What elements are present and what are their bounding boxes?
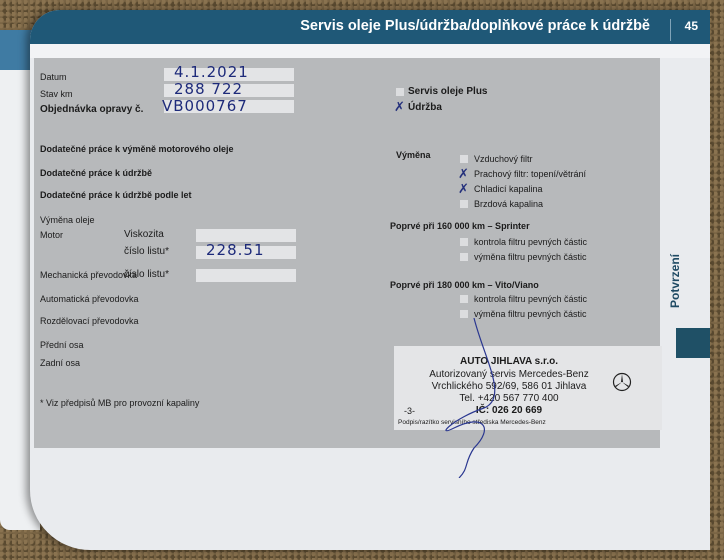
dust-filter-label: Prachový filtr: topení/větrání xyxy=(474,169,586,179)
side-tab-label: Potvrzení xyxy=(668,254,682,308)
vito-heading: Poprvé při 180 000 km – Vito/Viano xyxy=(390,280,539,290)
oil-change-heading: Výměna oleje xyxy=(40,215,95,225)
additional-work-2: Dodatečné práce k údržbě xyxy=(40,168,152,178)
page-number: 45 xyxy=(670,19,698,41)
udrzba-label: Údržba xyxy=(408,102,442,113)
coolant-label: Chladicí kapalina xyxy=(474,184,543,194)
udrzba-check-icon[interactable]: ✗ xyxy=(394,103,405,113)
coolant-check-icon[interactable]: ✗ xyxy=(458,185,469,195)
date-value: 4.1.2021 xyxy=(174,63,249,81)
order-label: Objednávka opravy č. xyxy=(40,104,143,115)
km-label: Stav km xyxy=(40,89,73,99)
order-value: VB000767 xyxy=(162,97,248,115)
viscosity-label: Viskozita xyxy=(124,229,164,240)
side-tab-block xyxy=(676,328,710,358)
additional-work-1: Dodatečné práce k výměně motorového olej… xyxy=(40,144,234,154)
vito-check-label: kontrola filtru pevných částic xyxy=(474,294,587,304)
sprinter-heading: Poprvé při 160 000 km – Sprinter xyxy=(390,221,530,231)
brake-fluid-label: Brzdová kapalina xyxy=(474,199,543,209)
service-book-page: Servis oleje Plus/údržba/doplňkové práce… xyxy=(30,10,710,550)
signature-icon xyxy=(414,318,534,478)
dust-filter-check-icon[interactable]: ✗ xyxy=(458,170,469,180)
servis-oleje-checkbox[interactable] xyxy=(396,88,404,96)
brake-fluid-checkbox[interactable] xyxy=(460,200,468,208)
sprinter-check-label: kontrola filtru pevných částic xyxy=(474,237,587,247)
replacement-heading: Výměna xyxy=(396,150,431,160)
automatic-gearbox-label: Automatická převodovka xyxy=(40,294,139,304)
air-filter-label: Vzduchový filtr xyxy=(474,154,533,164)
mercedes-star-icon xyxy=(612,372,632,392)
air-filter-checkbox[interactable] xyxy=(460,155,468,163)
manual-sheet-label: číslo listu* xyxy=(124,269,169,280)
additional-work-3: Dodatečné práce k údržbě podle let xyxy=(40,190,192,200)
sprinter-replace-label: výměna filtru pevných částic xyxy=(474,252,587,262)
sprinter-replace-checkbox[interactable] xyxy=(460,253,468,261)
motor-sheet-value: 228.51 xyxy=(206,241,265,259)
sprinter-check-checkbox[interactable] xyxy=(460,238,468,246)
motor-label: Motor xyxy=(40,230,63,240)
date-label: Datum xyxy=(40,72,67,82)
vito-replace-checkbox[interactable] xyxy=(460,310,468,318)
vito-check-checkbox[interactable] xyxy=(460,295,468,303)
header-band: Servis oleje Plus/údržba/doplňkové práce… xyxy=(30,10,710,44)
rear-axle-label: Zadní osa xyxy=(40,358,80,368)
confirmation-side-tab: Potvrzení xyxy=(678,240,698,324)
fluids-footnote: * Viz předpisů MB pro provozní kapaliny xyxy=(40,398,199,408)
service-form: Datum Stav km Objednávka opravy č. 4.1.2… xyxy=(34,58,660,448)
front-axle-label: Přední osa xyxy=(40,340,84,350)
sheet-number-label: číslo listu* xyxy=(124,246,169,257)
header-strip xyxy=(30,44,710,58)
manual-sheet-field[interactable] xyxy=(196,269,296,282)
km-value: 288 722 xyxy=(174,80,243,98)
transfer-case-label: Rozdělovací převodovka xyxy=(40,316,139,326)
page-title: Servis oleje Plus/údržba/doplňkové práce… xyxy=(300,18,650,34)
manual-gearbox-label: Mechanická převodovka xyxy=(40,270,137,280)
servis-oleje-label: Servis oleje Plus xyxy=(408,86,488,97)
